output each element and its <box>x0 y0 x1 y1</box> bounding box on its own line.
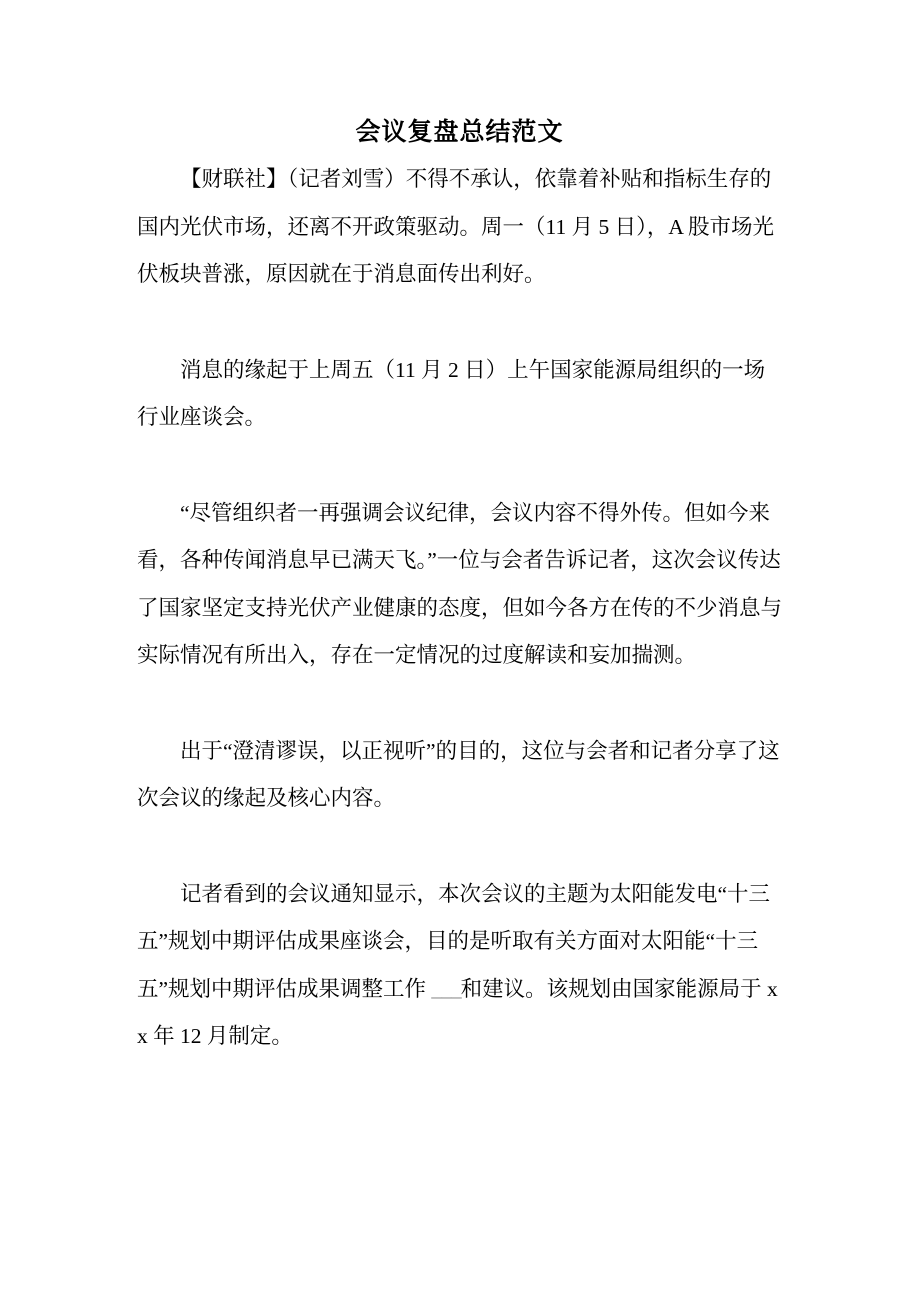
document-title: 会议复盘总结范文 <box>137 109 782 156</box>
fill-in-blank-line: ___ <box>431 977 460 1001</box>
paragraph-5: 记者看到的会议通知显示，本次会议的主题为太阳能发电“十三五”规划中期评估成果座谈… <box>137 871 782 1061</box>
paragraph-4: 出于“澄清谬误，以正视听”的目的，这位与会者和记者分享了这次会议的缘起及核心内容… <box>137 728 782 823</box>
paragraph-1: 【财联社】（记者刘雪）不得不承认，依靠着补贴和指标生存的国内光伏市场，还离不开政… <box>137 156 782 299</box>
paragraph-2: 消息的缘起于上周五（11 月 2 日）上午国家能源局组织的一场行业座谈会。 <box>137 347 782 442</box>
paragraph-3: “尽管组织者一再强调会议纪律，会议内容不得外传。但如今来看，各种传闻消息早已满天… <box>137 490 782 680</box>
document-page: 会议复盘总结范文 【财联社】（记者刘雪）不得不承认，依靠着补贴和指标生存的国内光… <box>0 0 920 1302</box>
